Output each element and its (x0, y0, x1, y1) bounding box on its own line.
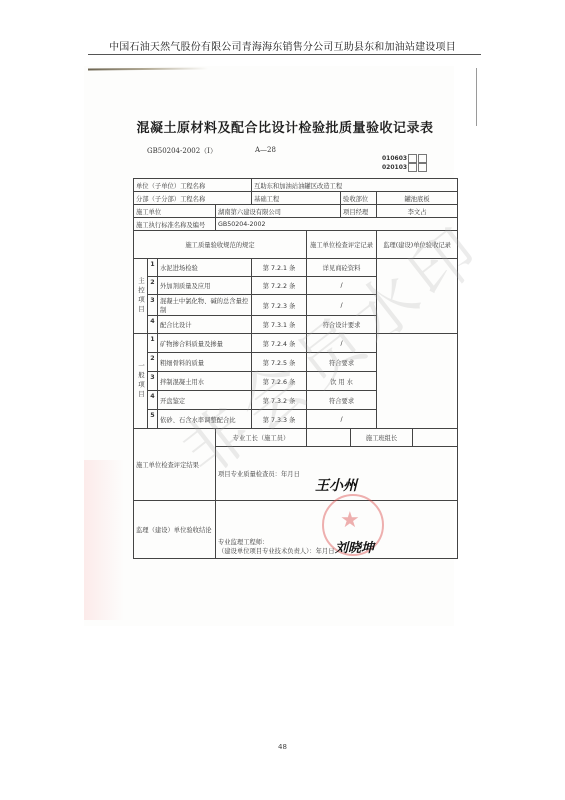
item-record: / (307, 334, 377, 353)
foreman-value (307, 429, 351, 447)
code-row: 010603 (382, 154, 427, 163)
document-title: 混凝土原材料及配合比设计检验批质量验收记录表 (120, 117, 450, 136)
supervisor-record-general (377, 334, 458, 429)
item-number: 5 (148, 410, 158, 429)
info-row: 单位（子单位）工程名称 互助东和加油站油罐区改造工程 (134, 179, 458, 192)
star-icon: ★ (340, 508, 360, 533)
scan-stain (84, 460, 124, 620)
supervisor-record-header: 监理(建设)单位验收记录 (377, 231, 458, 259)
supervisor-result-label: 监理（建设）单位验收结论 (134, 501, 216, 559)
manager-value: 李文占 (377, 205, 458, 218)
standard-label: 施工执行标准名称及编号 (134, 218, 216, 231)
item-number: 4 (148, 391, 158, 410)
item-clause: 第 7.2.1 条 (252, 259, 307, 277)
manager-label: 项目经理 (341, 205, 377, 218)
header-row: 施工质量验收规范的规定 施工单位检查评定记录 监理(建设)单位验收记录 (134, 231, 458, 259)
supervisor-record-main (377, 259, 458, 334)
item-clause: 第 7.2.5 条 (252, 353, 307, 372)
contractor-record-header: 施工单位检查评定记录 (307, 231, 377, 259)
acceptance-part-label: 验收部位 (341, 192, 377, 205)
item-record: 符合要求 (307, 391, 377, 410)
unit-project-value: 互助东和加油站油罐区改造工程 (252, 179, 458, 192)
table-row: 一般项目 1 矿物掺合料质量及掺量 第 7.2.4 条 / (134, 334, 458, 353)
classification-codes: 010603 020103 (382, 154, 427, 172)
item-clause: 第 7.3.1 条 (252, 316, 307, 334)
item-name: 外加剂质量及应用 (158, 277, 252, 295)
code-box (418, 163, 427, 172)
item-name: 矿物掺合料质量及掺量 (158, 334, 252, 353)
foreman-label: 专业工长（施工员） (216, 429, 307, 447)
code-box (408, 154, 417, 163)
record-table: 单位（子单位）工程名称 互助东和加油站油罐区改造工程 分部（子分部）工程名称 基… (133, 178, 458, 559)
page-header: 中国石油天然气股份有限公司青海海东销售分公司互助县东和加油站建设项目 (0, 38, 565, 53)
contractor-result-label: 施工单位检查评定结果 (134, 429, 216, 501)
item-name: 开盘鉴定 (158, 391, 252, 410)
sub-project-value: 基础工程 (252, 192, 341, 205)
item-number: 4 (148, 316, 158, 334)
item-number: 3 (148, 372, 158, 391)
item-number: 1 (148, 259, 158, 277)
item-clause: 第 7.2.2 条 (252, 277, 307, 295)
item-name: 水泥进场检验 (158, 259, 252, 277)
info-row: 施工执行标准名称及编号 GB50204-2002 (134, 218, 458, 231)
acceptance-part-value: 罐池底板 (377, 192, 458, 205)
item-record: / (307, 410, 377, 429)
page-number: 48 (0, 743, 565, 751)
item-name: 混凝土中氯化物、碱的总含量控制 (158, 295, 252, 316)
item-record: / (307, 295, 377, 316)
item-number: 3 (148, 295, 158, 316)
item-number: 2 (148, 353, 158, 372)
engineer-signature: 刘晓坤 (335, 537, 374, 556)
code-label: 020103 (382, 163, 407, 172)
item-number: 2 (148, 277, 158, 295)
item-record: 符合要求 (307, 353, 377, 372)
code-box (418, 154, 427, 163)
team-leader-value (413, 429, 458, 447)
code-box (408, 163, 417, 172)
standard-value: GB50204-2002 (216, 218, 458, 231)
scan-edge-right (476, 68, 477, 126)
table-row: 主控项目 1 水泥进场检验 第 7.2.1 条 详见商砼资料 (134, 259, 458, 277)
code-row: 020103 (382, 163, 427, 172)
code-label: 010603 (382, 154, 407, 163)
contractor-label: 施工单位 (134, 205, 216, 218)
item-record: 饮 用 水 (307, 372, 377, 391)
header-rule (88, 54, 481, 55)
unit-project-label: 单位（子单位）工程名称 (134, 179, 252, 192)
item-clause: 第 7.2.6 条 (252, 372, 307, 391)
item-record: / (307, 277, 377, 295)
result-row: 监理（建设）单位验收结论 专业监理工程师： （建设单位项目专业技术负责人）：年月… (134, 501, 458, 559)
general-items-group-label: 一般项目 (134, 334, 148, 429)
item-name: 粗细骨料的质量 (158, 353, 252, 372)
item-number: 1 (148, 334, 158, 353)
item-name: 依砂、石含水率调整配合比 (158, 410, 252, 429)
main-items-group-label: 主控项目 (134, 259, 148, 334)
contractor-value: 湖南第六建设有限公司 (216, 205, 341, 218)
standard-code: GB50204-2002（Ⅰ） (147, 146, 217, 156)
item-clause: 第 7.2.3 条 (252, 295, 307, 316)
form-number: A—28 (255, 146, 276, 154)
info-row: 施工单位 湖南第六建设有限公司 项目经理 李文占 (134, 205, 458, 218)
item-clause: 第 7.2.4 条 (252, 334, 307, 353)
item-record: 详见商砼资料 (307, 259, 377, 277)
item-name: 拌制混凝土用水 (158, 372, 252, 391)
info-row: 分部（子分部）工程名称 基础工程 验收部位 罐池底板 (134, 192, 458, 205)
spec-header: 施工质量验收规范的规定 (134, 231, 307, 259)
item-name: 配合比设计 (158, 316, 252, 334)
item-record: 符合设计要求 (307, 316, 377, 334)
sub-project-label: 分部（子分部）工程名称 (134, 192, 252, 205)
item-clause: 第 7.3.2 条 (252, 391, 307, 410)
inspector-signature: 王小州 (315, 475, 357, 495)
item-clause: 第 7.3.3 条 (252, 410, 307, 429)
team-leader-label: 施工班组长 (351, 429, 413, 447)
result-row: 施工单位检查评定结果 专业工长（施工员） 施工班组长 (134, 429, 458, 447)
